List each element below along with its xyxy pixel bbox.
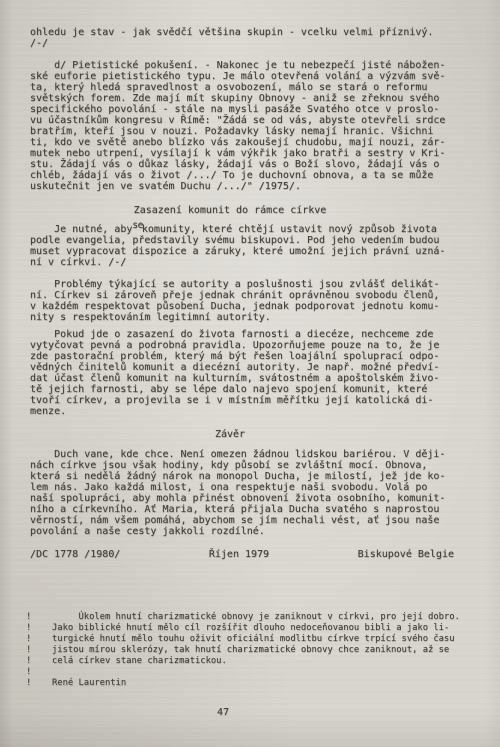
footnote-block: ! ! ! ! ! ! ! Úkolem hnutí charizmatické…: [26, 612, 470, 689]
section-heading-zaver: Závěr: [30, 429, 430, 440]
footer-reference: /DC 1778 /1980/: [30, 549, 120, 560]
paragraph-je-nutne-prefix: Je nutné, aby: [30, 224, 132, 235]
footnote-body: Úkolem hnutí charizmatické obnovy je zan…: [52, 612, 470, 689]
paragraph-problemy-autority: Problémy týkající se autority a poslušno…: [30, 279, 470, 323]
scanned-document-page: ohledu je stav - jak svědčí většina skup…: [0, 0, 500, 747]
footnote-signature: René Laurentin: [52, 678, 470, 689]
page-number: 47: [30, 707, 470, 718]
typed-insertion-se: se: [132, 220, 142, 231]
page-content: ohledu je stav - jak svědčí většina skup…: [0, 0, 500, 747]
section-heading-zasazeni-komunit: Zasazení komunit do rámce církve: [30, 205, 430, 216]
paragraph-opening: ohledu je stav - jak svědčí většina skup…: [30, 27, 470, 49]
margin-emphasis-marks: ! ! ! ! ! ! !: [26, 612, 52, 689]
paragraph-duch-vane: Duch vane, kde chce. Není omezen žádnou …: [30, 449, 470, 537]
paragraph-je-nutne: Je nutné, abysekomunity, které chtějí us…: [30, 224, 470, 268]
footer-author: Biskupové Belgie: [358, 549, 454, 560]
footnote-text: Úkolem hnutí charizmatické obnovy je zan…: [52, 612, 470, 667]
paragraph-pietisticke-pokuseni: d/ Pietistické pokušení. - Nakonec je tu…: [30, 60, 470, 192]
paragraph-pokud-jde-o-zasazeni: Pokud jde o zasazení do života farnosti …: [30, 329, 470, 417]
footer-date: Říjen 1979: [209, 549, 269, 560]
document-footer: /DC 1778 /1980/ Říjen 1979 Biskupové Bel…: [30, 549, 470, 560]
